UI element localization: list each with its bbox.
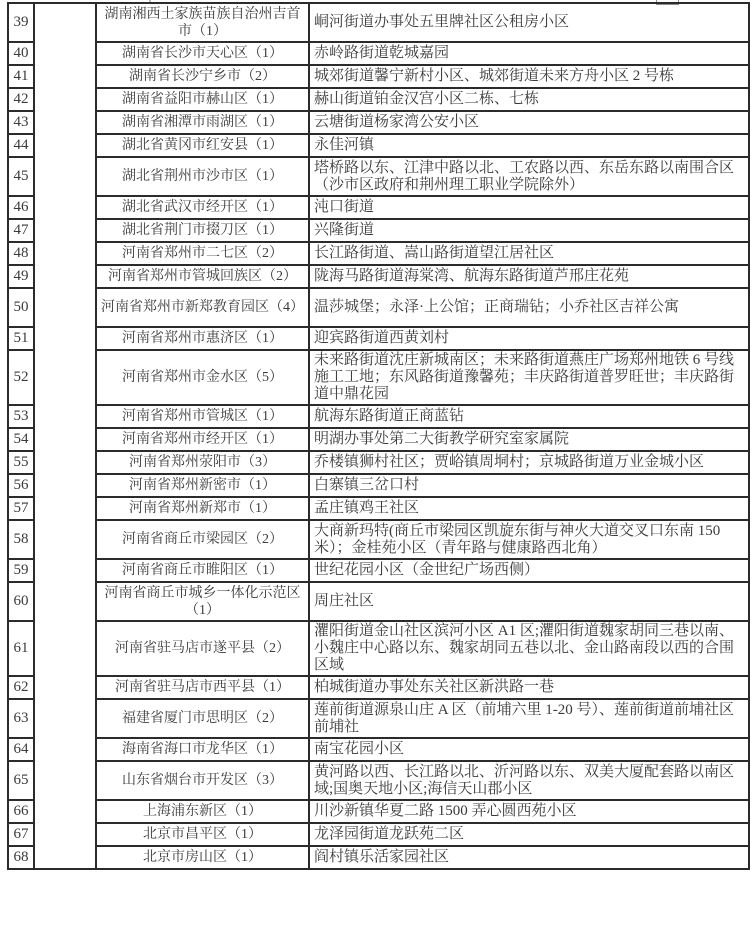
community-list: 柏城街道办事处东关社区新洪路一巷 — [309, 676, 749, 699]
community-list: 陇海马路街道海棠湾、航海东路街道芦邢庄花苑 — [309, 265, 749, 288]
row-number: 61 — [8, 621, 34, 676]
region-name: 湖北省荆门市掇刀区（1） — [96, 219, 309, 242]
region-name: 河南省郑州市金水区（5） — [96, 350, 309, 405]
region-name: 河南省郑州新郑市（1） — [96, 497, 309, 520]
table-row: 46 湖北省武汉市经开区（1） 沌口街道 — [8, 196, 749, 219]
community-list: 乔楼镇狮村社区；贾峪镇周垌村；京城路街道万业金城小区 — [309, 451, 749, 474]
table-row: 67 北京市昌平区（1） 龙泽园街道龙跃苑二区 — [8, 823, 749, 846]
table-row: 49 河南省郑州市管城回族区（2） 陇海马路街道海棠湾、航海东路街道芦邢庄花苑 — [8, 265, 749, 288]
region-name: 河南省郑州市惠济区（1） — [96, 327, 309, 350]
row-number: 65 — [8, 761, 34, 800]
table-row: 41 湖南省长沙宁乡市（2） 城郊街道馨宁新村小区、城郊街道未来方舟小区 2 号… — [8, 65, 749, 88]
community-list: 迎宾路街道西黄刘村 — [309, 327, 749, 350]
community-list: 周庄社区 — [309, 582, 749, 621]
region-name: 河南省商丘市梁园区（2） — [96, 520, 309, 559]
row-number: 54 — [8, 428, 34, 451]
table-row: 58 河南省商丘市梁园区（2） 大商新玛特(商丘市梁园区凯旋东街与神火大道交叉口… — [8, 520, 749, 559]
region-name: 河南省郑州市新郑教育园区（4） — [96, 288, 309, 327]
community-list: 城郊街道馨宁新村小区、城郊街道未来方舟小区 2 号栋 — [309, 65, 749, 88]
region-name: 上海浦东新区（1） — [96, 800, 309, 823]
row-number: 58 — [8, 520, 34, 559]
table-row: 42 湖南省益阳市赫山区（1） 赫山街道铂金汉宫小区二栋、七栋 — [8, 88, 749, 111]
row-number: 47 — [8, 219, 34, 242]
region-name: 湖北省荆州市沙市区（1） — [96, 157, 309, 196]
region-name: 河南省驻马店市遂平县（2） — [96, 621, 309, 676]
row-number: 53 — [8, 405, 34, 428]
row-number: 41 — [8, 65, 34, 88]
table-row: 57 河南省郑州新郑市（1） 孟庄镇鸡王社区 — [8, 497, 749, 520]
table-row: 64 海南省海口市龙华区（1） 南宝花园小区 — [8, 738, 749, 761]
community-list: 黄河路以西、长江路以北、沂河路以东、双美大厦配套路以南区域;国奥天地小区;海信天… — [309, 761, 749, 800]
row-number: 57 — [8, 497, 34, 520]
table-row: 50 河南省郑州市新郑教育园区（4） 温莎城堡；永泽·上公馆；正商瑞钻；小乔社区… — [8, 288, 749, 327]
table-row: 40 湖南省长沙市天心区（1） 赤岭路街道乾城嘉园 — [8, 42, 749, 65]
document-page: 39 湖南湘西土家族苗族自治州吉首市（1） 峒河街道办事处五里牌社区公租房小区 … — [0, 0, 752, 928]
community-list: 峒河街道办事处五里牌社区公租房小区 — [309, 3, 749, 42]
row-number: 46 — [8, 196, 34, 219]
table-row: 68 北京市房山区（1） 阎村镇乐活家园社区 — [8, 846, 749, 869]
row-number: 59 — [8, 559, 34, 582]
row-number: 51 — [8, 327, 34, 350]
community-list: 温莎城堡；永泽·上公馆；正商瑞钻；小乔社区吉祥公寓 — [309, 288, 749, 327]
row-number: 43 — [8, 111, 34, 134]
community-list: 赫山街道铂金汉宫小区二栋、七栋 — [309, 88, 749, 111]
region-name: 河南省郑州荥阳市（3） — [96, 451, 309, 474]
community-list: 长江路街道、嵩山路街道望江居社区 — [309, 242, 749, 265]
table-row: 56 河南省郑州新密市（1） 白寨镇三岔口村 — [8, 474, 749, 497]
region-name: 福建省厦门市思明区（2） — [96, 699, 309, 738]
community-list: 永佳河镇 — [309, 134, 749, 157]
community-list: 大商新玛特(商丘市梁园区凯旋东街与神火大道交叉口东南 150 米）；金桂苑小区（… — [309, 520, 749, 559]
community-list: 航海东路街道正商蓝钻 — [309, 405, 749, 428]
region-name: 河南省郑州市经开区（1） — [96, 428, 309, 451]
table-row: 51 河南省郑州市惠济区（1） 迎宾路街道西黄刘村 — [8, 327, 749, 350]
row-number: 68 — [8, 846, 34, 869]
community-list: 南宝花园小区 — [309, 738, 749, 761]
community-list: 赤岭路街道乾城嘉园 — [309, 42, 749, 65]
region-name: 河南省郑州市管城回族区（2） — [96, 265, 309, 288]
table-row: 62 河南省驻马店市西平县（1） 柏城街道办事处东关社区新洪路一巷 — [8, 676, 749, 699]
community-list: 白寨镇三岔口村 — [309, 474, 749, 497]
community-list: 孟庄镇鸡王社区 — [309, 497, 749, 520]
table-row: 59 河南省商丘市睢阳区（1） 世纪花园小区（金世纪广场西侧） — [8, 559, 749, 582]
table-row: 43 湖南省湘潭市雨湖区（1） 云塘街道杨家湾公安小区 — [8, 111, 749, 134]
community-list: 沌口街道 — [309, 196, 749, 219]
row-number: 66 — [8, 800, 34, 823]
region-name: 河南省郑州新密市（1） — [96, 474, 309, 497]
row-number: 44 — [8, 134, 34, 157]
table-row: 63 福建省厦门市思明区（2） 莲前街道源泉山庄 A 区（前埔六里 1-20 号… — [8, 699, 749, 738]
table-row: 66 上海浦东新区（1） 川沙新镇华夏二路 1500 弄心圆西苑小区 — [8, 800, 749, 823]
region-name: 湖南湘西土家族苗族自治州吉首市（1） — [96, 3, 309, 42]
table-row: 55 河南省郑州荥阳市（3） 乔楼镇狮村社区；贾峪镇周垌村；京城路街道万业金城小… — [8, 451, 749, 474]
community-list: 云塘街道杨家湾公安小区 — [309, 111, 749, 134]
community-list: 未来路街道沈庄新城南区；未来路街道燕庄广场郑州地铁 6 号线施工工地；东风路街道… — [309, 350, 749, 405]
community-list: 兴隆街道 — [309, 219, 749, 242]
community-list: 世纪花园小区（金世纪广场西侧） — [309, 559, 749, 582]
table-row: 52 河南省郑州市金水区（5） 未来路街道沈庄新城南区；未来路街道燕庄广场郑州地… — [8, 350, 749, 405]
row-number: 39 — [8, 3, 34, 42]
table-body: 39 湖南湘西土家族苗族自治州吉首市（1） 峒河街道办事处五里牌社区公租房小区 … — [8, 3, 749, 869]
row-number: 67 — [8, 823, 34, 846]
region-name: 河南省郑州市管城区（1） — [96, 405, 309, 428]
table-row: 39 湖南湘西土家族苗族自治州吉首市（1） 峒河街道办事处五里牌社区公租房小区 — [8, 3, 749, 42]
region-name: 湖南省益阳市赫山区（1） — [96, 88, 309, 111]
empty-merged-cell — [34, 3, 96, 869]
row-number: 62 — [8, 676, 34, 699]
region-name: 海南省海口市龙华区（1） — [96, 738, 309, 761]
row-number: 60 — [8, 582, 34, 621]
community-list: 阎村镇乐活家园社区 — [309, 846, 749, 869]
region-name: 山东省烟台市开发区（3） — [96, 761, 309, 800]
row-number: 40 — [8, 42, 34, 65]
table-row: 48 河南省郑州市二七区（2） 长江路街道、嵩山路街道望江居社区 — [8, 242, 749, 265]
region-name: 北京市房山区（1） — [96, 846, 309, 869]
table-row: 53 河南省郑州市管城区（1） 航海东路街道正商蓝钻 — [8, 405, 749, 428]
community-list: 明湖办事处第二大街教学研究室家属院 — [309, 428, 749, 451]
region-name: 河南省驻马店市西平县（1） — [96, 676, 309, 699]
table-row: 65 山东省烟台市开发区（3） 黄河路以西、长江路以北、沂河路以东、双美大厦配套… — [8, 761, 749, 800]
region-name: 河南省商丘市睢阳区（1） — [96, 559, 309, 582]
row-number: 49 — [8, 265, 34, 288]
region-community-table: 39 湖南湘西土家族苗族自治州吉首市（1） 峒河街道办事处五里牌社区公租房小区 … — [7, 2, 750, 870]
row-number: 42 — [8, 88, 34, 111]
region-name: 湖南省湘潭市雨湖区（1） — [96, 111, 309, 134]
row-number: 48 — [8, 242, 34, 265]
region-name: 河南省商丘市城乡一体化示范区（1） — [96, 582, 309, 621]
community-list: 莲前街道源泉山庄 A 区（前埔六里 1-20 号）、莲前街道前埔社区前埔社 — [309, 699, 749, 738]
region-name: 湖南省长沙市天心区（1） — [96, 42, 309, 65]
community-list: 灈阳街道金山社区滨河小区 A1 区;灈阳街道魏家胡同三巷以南、小魏庄中心路以东、… — [309, 621, 749, 676]
row-number: 45 — [8, 157, 34, 196]
community-list: 龙泽园街道龙跃苑二区 — [309, 823, 749, 846]
row-number: 55 — [8, 451, 34, 474]
community-list: 塔桥路以东、江津中路以北、工农路以西、东岳东路以南围合区（沙市区政府和荆州理工职… — [309, 157, 749, 196]
region-name: 北京市昌平区（1） — [96, 823, 309, 846]
region-name: 湖北省黄冈市红安县（1） — [96, 134, 309, 157]
row-number: 63 — [8, 699, 34, 738]
row-number: 56 — [8, 474, 34, 497]
row-number: 52 — [8, 350, 34, 405]
table-row: 60 河南省商丘市城乡一体化示范区（1） 周庄社区 — [8, 582, 749, 621]
row-number: 64 — [8, 738, 34, 761]
table-row: 61 河南省驻马店市遂平县（2） 灈阳街道金山社区滨河小区 A1 区;灈阳街道魏… — [8, 621, 749, 676]
row-number: 50 — [8, 288, 34, 327]
community-list: 川沙新镇华夏二路 1500 弄心圆西苑小区 — [309, 800, 749, 823]
table-row: 47 湖北省荆门市掇刀区（1） 兴隆街道 — [8, 219, 749, 242]
table-row: 44 湖北省黄冈市红安县（1） 永佳河镇 — [8, 134, 749, 157]
region-name: 湖南省长沙宁乡市（2） — [96, 65, 309, 88]
table-row: 45 湖北省荆州市沙市区（1） 塔桥路以东、江津中路以北、工农路以西、东岳东路以… — [8, 157, 749, 196]
region-name: 河南省郑州市二七区（2） — [96, 242, 309, 265]
region-name: 湖北省武汉市经开区（1） — [96, 196, 309, 219]
table-row: 54 河南省郑州市经开区（1） 明湖办事处第二大街教学研究室家属院 — [8, 428, 749, 451]
